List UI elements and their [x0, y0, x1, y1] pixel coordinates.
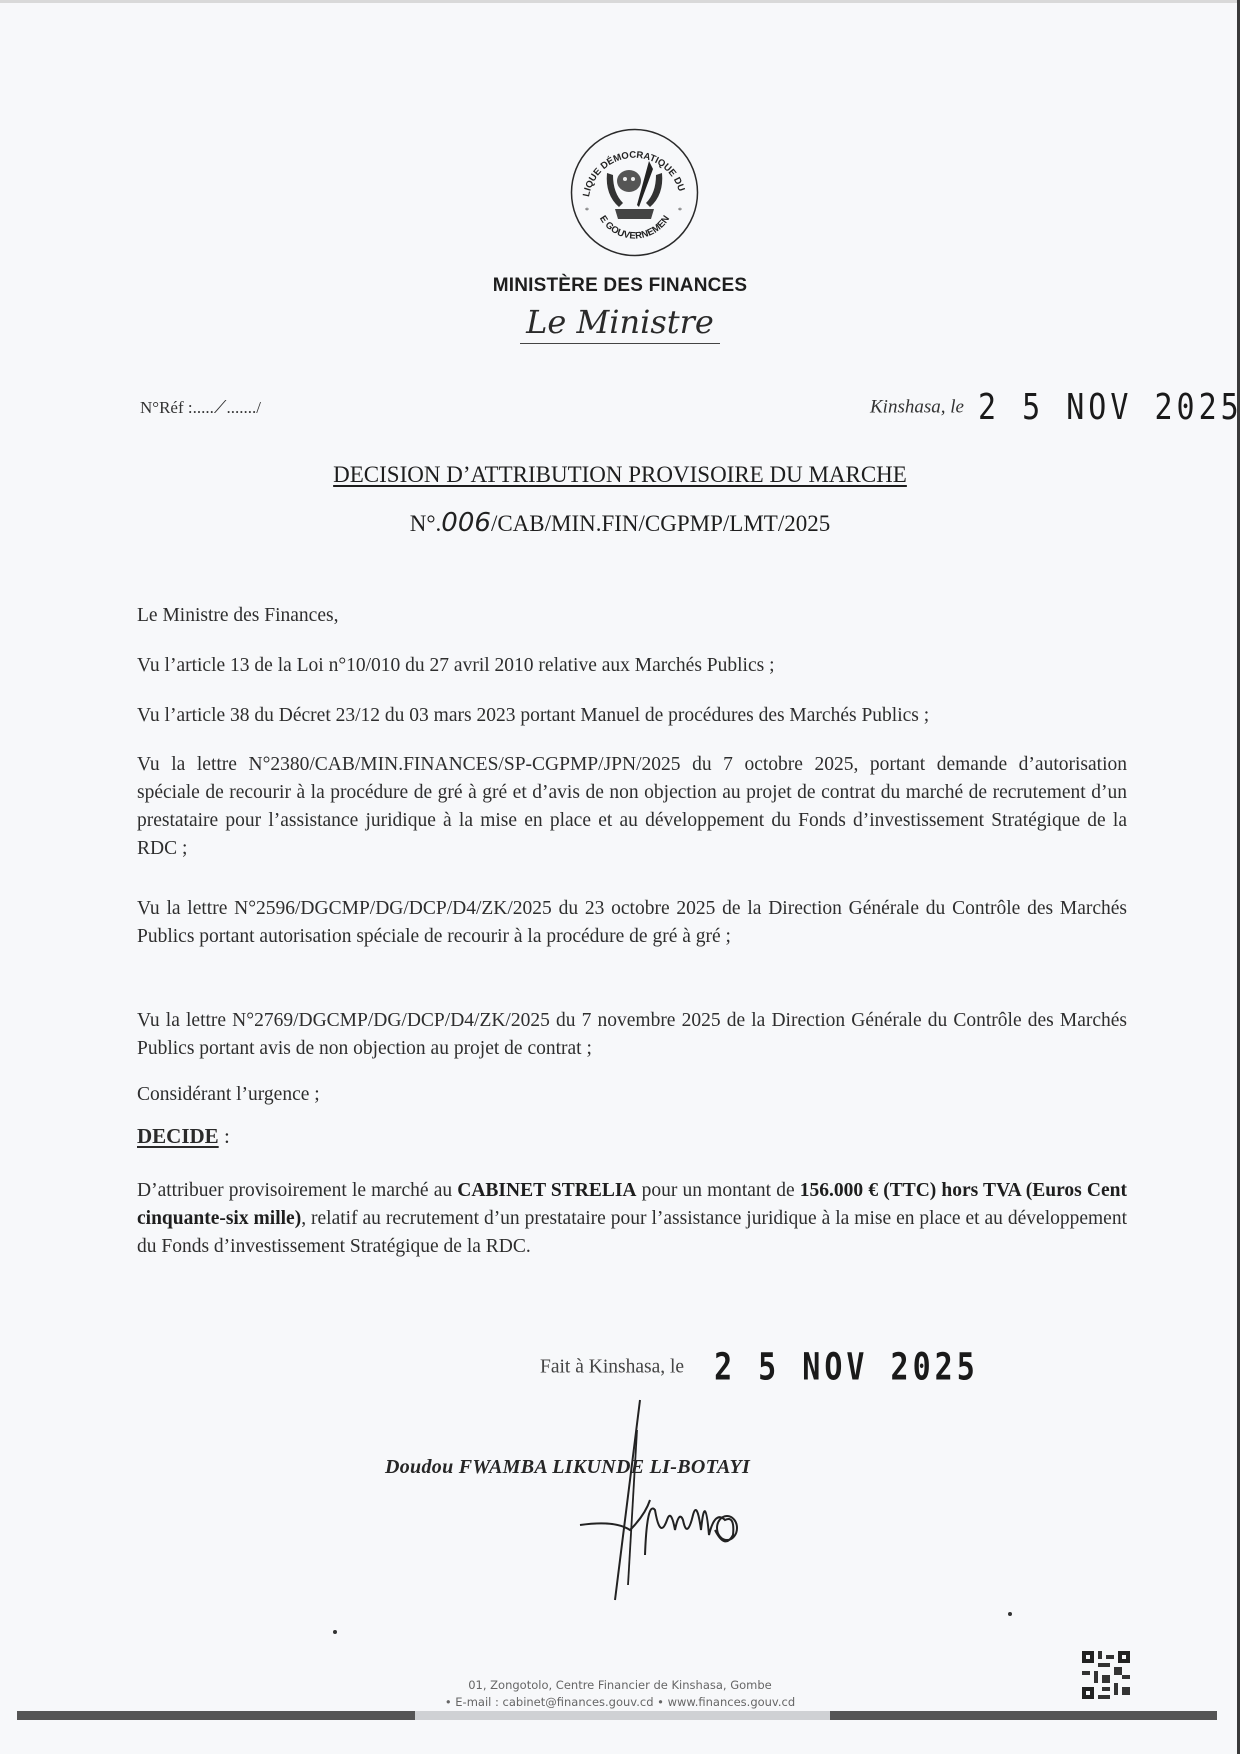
signer-name: Doudou FWAMBA LIKUNDE LI-BOTAYI: [385, 1456, 750, 1479]
urgency-line: Considérant l’urgence ;: [137, 1081, 1127, 1109]
consideration-item: Vu l’article 13 de la Loi n°10/010 du 27…: [137, 652, 1127, 680]
page-top-edge: [0, 0, 1240, 3]
consideration-item: Vu l’article 38 du Décret 23/12 du 03 ma…: [137, 702, 1127, 730]
decision-number: N°.006/CAB/MIN.FIN/CGPMP/LMT/2025: [0, 508, 1240, 538]
footer-address: 01, Zongotolo, Centre Financier de Kinsh…: [0, 1677, 1240, 1711]
office-title: Le Ministre: [0, 303, 1240, 341]
decide-heading: DECIDE :: [137, 1124, 230, 1149]
awardee-name: CABINET STRELIA: [457, 1180, 636, 1201]
footer-bar-right: [830, 1711, 1217, 1720]
decision-paragraph: D’attribuer provisoirement le marché au …: [137, 1177, 1127, 1261]
svg-text:*: *: [678, 206, 682, 215]
qr-code-icon: [1082, 1650, 1130, 1700]
intro-line: Le Ministre des Finances,: [137, 602, 1127, 630]
handwritten-number: 006: [441, 508, 491, 538]
speck: [1008, 1612, 1012, 1616]
footer-contact: • E-mail : cabinet@finances.gouv.cd • ww…: [0, 1694, 1240, 1711]
date-stamp: 2 5 NOV 2025: [714, 1346, 979, 1390]
handwritten-signature-icon: [575, 1390, 765, 1605]
footer-bar-middle: [415, 1711, 830, 1720]
document-title: DECISION D’ATTRIBUTION PROVISOIRE DU MAR…: [0, 462, 1240, 488]
consideration-item: Vu la lettre N°2380/CAB/MIN.FINANCES/SP-…: [137, 751, 1127, 863]
date-line: Kinshasa, le 2 5 NOV 2025: [870, 390, 1240, 425]
date-label: Kinshasa, le: [870, 397, 964, 418]
signature-date-line: Fait à Kinshasa, le 2 5 NOV 2025: [540, 1350, 979, 1385]
consideration-item: Vu la lettre N°2596/DGCMP/DG/DCP/D4/ZK/2…: [137, 895, 1127, 951]
speck: [333, 1630, 337, 1634]
svg-text:*: *: [585, 206, 589, 215]
ministry-name: MINISTÈRE DES FINANCES: [0, 275, 1240, 297]
date-stamp: 2 5 NOV 2025: [978, 387, 1240, 429]
consideration-item: Vu la lettre N°2769/DGCMP/DG/DCP/D4/ZK/2…: [137, 1007, 1127, 1063]
coat-of-arms-seal-icon: RÉPUBLIQUE DÉMOCRATIQUE DU CONGO LE GOUV…: [567, 125, 702, 260]
handwritten-mark: ⟋: [214, 397, 227, 418]
reference-number: N°Réf :.....⟋......./: [140, 397, 261, 418]
footer-bar-left: [17, 1711, 415, 1720]
